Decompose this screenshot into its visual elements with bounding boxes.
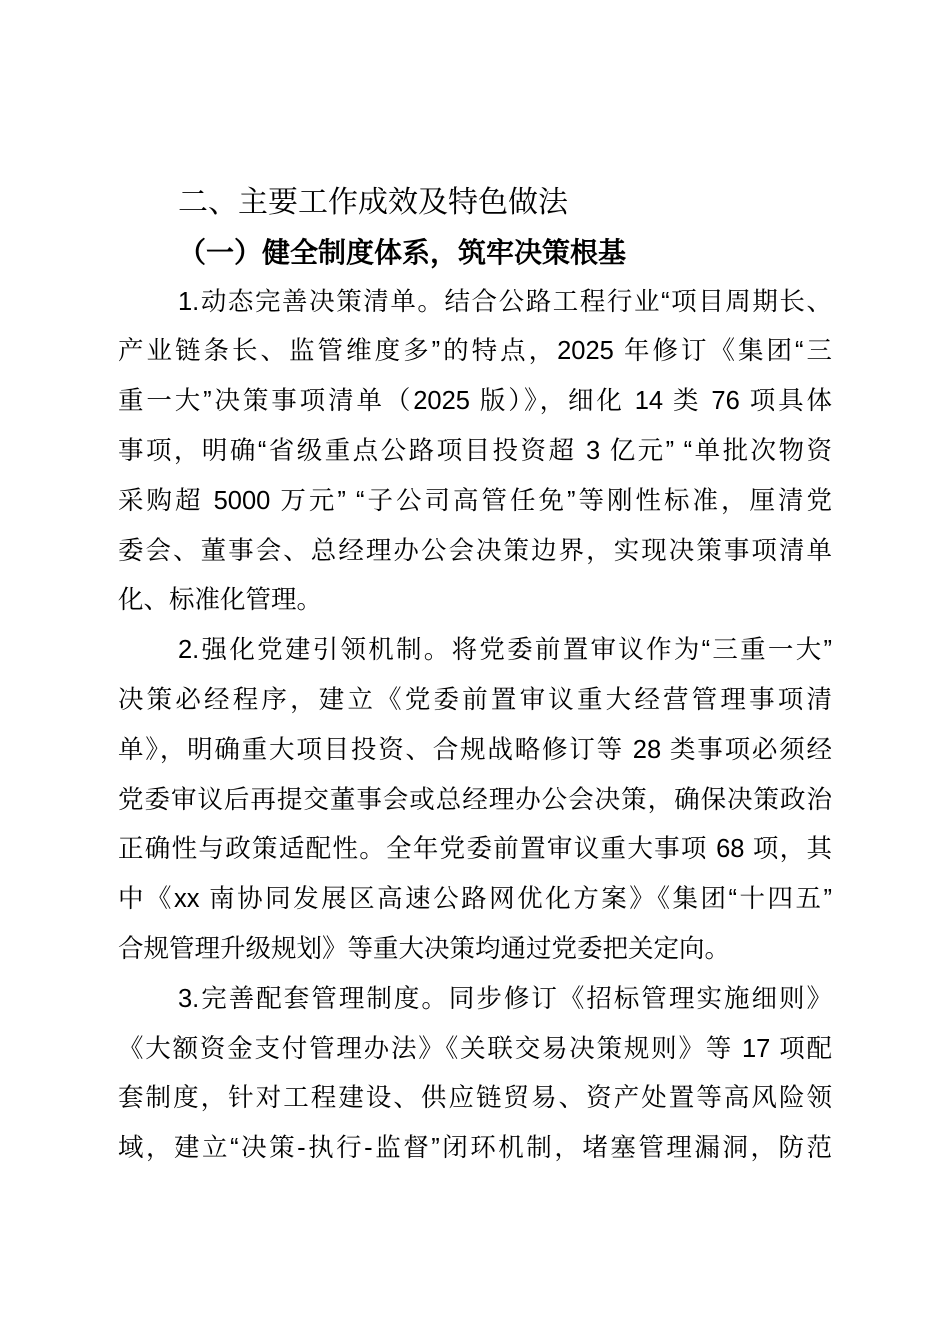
text-line: 重一大”决策事项清单（2025 版）》，细化 14 类 76 项具体 bbox=[118, 377, 832, 427]
text-block: 二、主要工作成效及特色做法 （一）健全制度体系，筑牢决策根基 1.动态完善决策清… bbox=[118, 178, 832, 1174]
section-heading: 二、主要工作成效及特色做法 bbox=[118, 178, 832, 228]
text-line: 单》，明确重大项目投资、合规战略修订等 28 类事项必须经 bbox=[118, 726, 832, 776]
text-line: 正确性与政策适配性。全年党委前置审议重大事项 68 项，其 bbox=[118, 825, 832, 875]
text-line: 域，建立“决策-执行-监督”闭环机制，堵塞管理漏洞，防范 bbox=[118, 1124, 832, 1174]
text-line: 事项，明确“省级重点公路项目投资超 3 亿元” “单批次物资 bbox=[118, 427, 832, 477]
text-line: 产业链条长、监管维度多”的特点，2025 年修订《集团“三 bbox=[118, 327, 832, 377]
text-line: 化、标准化管理。 bbox=[118, 576, 832, 626]
text-line: 合规管理升级规划》等重大决策均通过党委把关定向。 bbox=[118, 925, 832, 975]
text-line: 2.强化党建引领机制。将党委前置审议作为“三重一大” bbox=[118, 626, 832, 676]
text-line: 党委审议后再提交董事会或总经理办公会决策，确保决策政治 bbox=[118, 776, 832, 826]
document-page: 二、主要工作成效及特色做法 （一）健全制度体系，筑牢决策根基 1.动态完善决策清… bbox=[0, 0, 950, 1344]
text-line: 中《xx 南协同发展区高速公路网优化方案》《集团“十四五” bbox=[118, 875, 832, 925]
subsection-heading: （一）健全制度体系，筑牢决策根基 bbox=[118, 228, 832, 278]
text-line: 1.动态完善决策清单。结合公路工程行业“项目周期长、 bbox=[118, 278, 832, 328]
text-line: 套制度，针对工程建设、供应链贸易、资产处置等高风险领 bbox=[118, 1074, 832, 1124]
text-line: 委会、董事会、总经理办公会决策边界，实现决策事项清单 bbox=[118, 527, 832, 577]
text-line: 3.完善配套管理制度。同步修订《招标管理实施细则》 bbox=[118, 975, 832, 1025]
text-line: 《大额资金支付管理办法》《关联交易决策规则》等 17 项配 bbox=[118, 1025, 832, 1075]
text-line: 采购超 5000 万元” “子公司高管任免”等刚性标准，厘清党 bbox=[118, 477, 832, 527]
text-line: 决策必经程序，建立《党委前置审议重大经营管理事项清 bbox=[118, 676, 832, 726]
